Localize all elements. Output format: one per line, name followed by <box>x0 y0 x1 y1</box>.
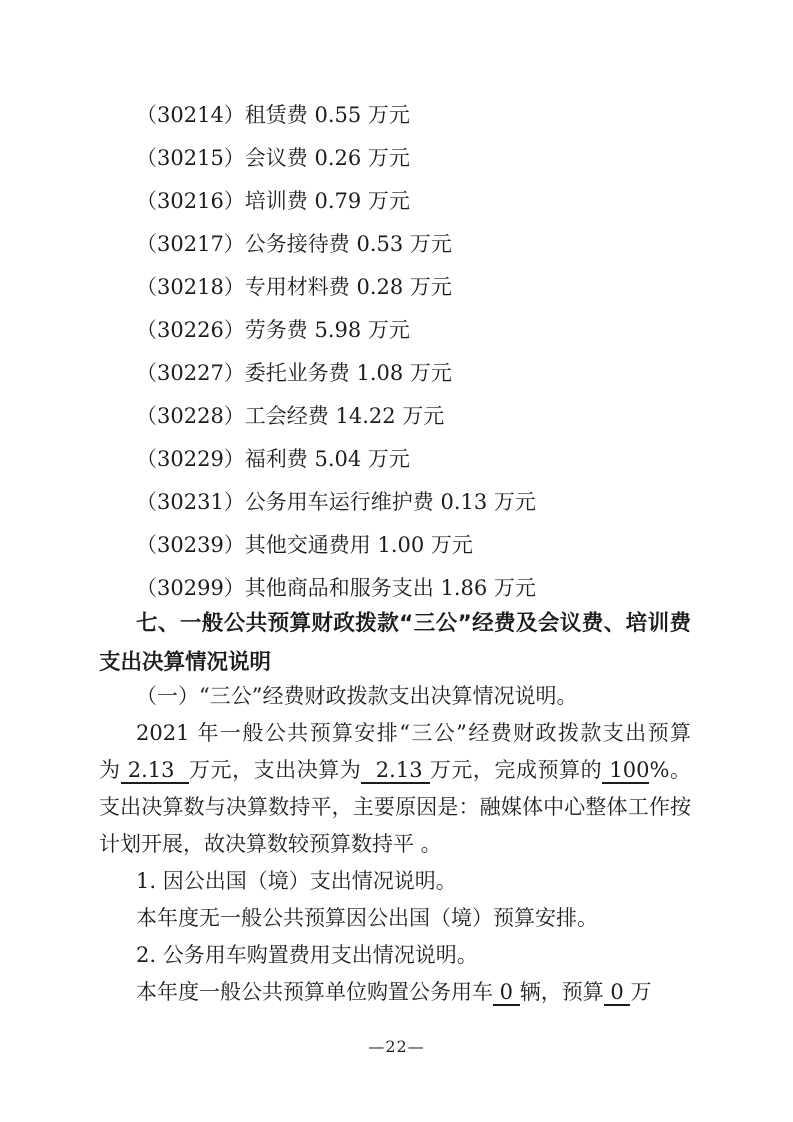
expense-line-item: （30215）会议费 0.26 万元 <box>99 137 691 180</box>
section-7-body: （一）“三公”经费财政拨款支出决算情况说明。 2021 年一般公共预算安排“三公… <box>99 678 691 1011</box>
expense-line-item: （30218）专用材料费 0.28 万元 <box>99 266 691 309</box>
blank-underline-value: 2.13 <box>361 758 429 784</box>
expense-line-item: （30239）其他交通费用 1.00 万元 <box>99 524 691 567</box>
expense-line-item: （30229）福利费 5.04 万元 <box>99 438 691 481</box>
blank-underline-value: 0 <box>493 980 520 1006</box>
a4-document-page: （30214）租赁费 0.55 万元 （30215）会议费 0.26 万元 （3… <box>0 0 793 1122</box>
section-7-heading-line-1: 七、一般公共预算财政拨款“三公”经费及会议费、培训费 <box>99 604 691 643</box>
subsection-1-title: （一）“三公”经费财政拨款支出决算情况说明。 <box>99 678 691 715</box>
text-segment: 本年度一般公共预算单位购置公务用车 <box>136 980 493 1004</box>
text-segment: %。 <box>649 758 691 782</box>
expense-line-item: （30226）劳务费 5.98 万元 <box>99 309 691 352</box>
sangong-paragraph-line-2: 为 2.13 万元，支出决算为 2.13 万元，完成预算的 100%。 <box>99 752 691 789</box>
text-segment: 为 <box>99 758 121 782</box>
blank-underline-value: 0 <box>604 980 631 1006</box>
page-number: —22— <box>0 1037 793 1057</box>
page-content: （30214）租赁费 0.55 万元 （30215）会议费 0.26 万元 （3… <box>99 94 691 1011</box>
expense-line-item: （30227）委托业务费 1.08 万元 <box>99 352 691 395</box>
item-1-title: 1. 因公出国（境）支出情况说明。 <box>99 863 691 900</box>
item-2-body: 本年度一般公共预算单位购置公务用车 0 辆，预算 0 万 <box>99 974 691 1011</box>
sangong-paragraph-line-1: 2021 年一般公共预算安排“三公”经费财政拨款支出预算 <box>99 715 691 752</box>
section-7-heading: 七、一般公共预算财政拨款“三公”经费及会议费、培训费 支出决算情况说明 <box>99 604 691 682</box>
text-segment: 万元，支出决算为 <box>189 758 361 782</box>
expense-line-item: （30228）工会经费 14.22 万元 <box>99 395 691 438</box>
sangong-paragraph-line-4: 计划开展，故决算数较预算数持平 。 <box>99 826 691 863</box>
text-segment: 万元，完成预算的 <box>430 758 602 782</box>
expense-line-item: （30214）租赁费 0.55 万元 <box>99 94 691 137</box>
section-7-heading-line-2: 支出决算情况说明 <box>99 643 691 682</box>
blank-underline-value: 2.13 <box>121 758 189 784</box>
item-1-body: 本年度无一般公共预算因公出国（境）预算安排。 <box>99 900 691 937</box>
expense-line-item: （30216）培训费 0.79 万元 <box>99 180 691 223</box>
item-2-title: 2. 公务用车购置费用支出情况说明。 <box>99 937 691 974</box>
expense-breakdown-list: （30214）租赁费 0.55 万元 （30215）会议费 0.26 万元 （3… <box>99 94 691 610</box>
sangong-paragraph-line-3: 支出决算数与决算数持平，主要原因是：融媒体中心整体工作按 <box>99 789 691 826</box>
blank-underline-value: 100 <box>602 758 649 784</box>
expense-line-item: （30217）公务接待费 0.53 万元 <box>99 223 691 266</box>
text-segment: 万 <box>630 980 651 1004</box>
expense-line-item: （30231）公务用车运行维护费 0.13 万元 <box>99 481 691 524</box>
text-segment: 辆，预算 <box>520 980 604 1004</box>
